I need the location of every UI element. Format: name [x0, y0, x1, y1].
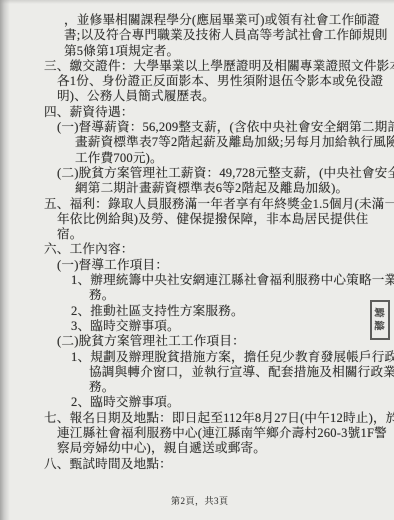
doc-line: 書;以及符合專門職業及技術人員高等考試社會工作師規則: [0, 28, 394, 43]
doc-line: 三、繳交證件：大學畢業以上學歷證明及相關專業證照文件影本: [0, 59, 394, 74]
page-seal-stamp: 騎縫: [370, 300, 390, 340]
doc-line: 年依比例給與)及勞、健保提撥保障，非本島居民提供住: [0, 212, 394, 227]
doc-line: 2、推動社區支持性方案服務。: [0, 304, 394, 319]
doc-line: 各1份、身份證正反面影本、男性須附退伍令影本或免役證: [0, 74, 394, 89]
doc-line: 八、甄試時間及地點：: [0, 457, 394, 472]
doc-line: (一)督導薪資：56,209整支薪，(含依中央社會安全網第二期計: [0, 120, 394, 135]
doc-line: 網第二期計畫薪資標準表6等2階起及離島加級)。: [0, 181, 394, 196]
document-page: ，並修畢相關課程學分(應屆畢業可)或領有社會工作師證 書;以及符合專門職業及技術…: [0, 13, 394, 472]
doc-line: 3、臨時交辦事項。: [0, 319, 394, 334]
doc-line: (二)脫貧方案管理社工薪資：49,728元整支薪，(中央社會安全: [0, 166, 394, 181]
doc-line: 1、辦理統籌中央社安網連江縣社會福利服務中心策略一業: [0, 273, 394, 288]
doc-line: 2、臨時交辦事項。: [0, 395, 394, 410]
doc-line: 務。: [0, 380, 394, 395]
doc-line: 宿。: [0, 227, 394, 242]
scan-shadow-top: [0, 0, 394, 4]
doc-line: 第5條第1項規定者。: [0, 44, 394, 59]
doc-line: 七、報名日期及地點：即日起至112年8月27日(中午12時止)，於: [0, 411, 394, 426]
doc-line: 明)、公務人員簡式履歷表。: [0, 89, 394, 104]
doc-line: 六、工作內容：: [0, 242, 394, 257]
page-footer: 第2頁，共3頁: [171, 494, 229, 507]
doc-line: 1、規劃及辦理脫貧措施方案，擔任兒少教育發展帳戶行政: [0, 350, 394, 365]
page-seal-stamp-text: 騎縫: [373, 307, 388, 333]
doc-line: 務。: [0, 288, 394, 303]
doc-line: 工作費700元)。: [0, 151, 394, 166]
doc-line: 連江縣社會福利服務中心(連江縣南竿鄉介壽村260-3號1F警: [0, 426, 394, 441]
doc-line: 五、福利：錄取人員服務滿一年者享有年終獎金1.5個月(未滿一: [0, 197, 394, 212]
doc-line: 察局旁婦幼中心)，親自遞送或郵寄。: [0, 441, 394, 456]
doc-line: 四、薪資待遇：: [0, 105, 394, 120]
doc-line: ，並修畢相關課程學分(應屆畢業可)或領有社會工作師證: [0, 13, 394, 28]
doc-line: (一)督導工作項目：: [0, 258, 394, 273]
doc-line: 畫薪資標準表7等2階起薪及離島加級;另每月加給執行風險: [0, 135, 394, 150]
doc-line: 協調與轉介窗口，並執行宣導、配套措施及相關行政業: [0, 365, 394, 380]
doc-line: (二)脫貧方案管理社工工作項目：: [0, 334, 394, 349]
